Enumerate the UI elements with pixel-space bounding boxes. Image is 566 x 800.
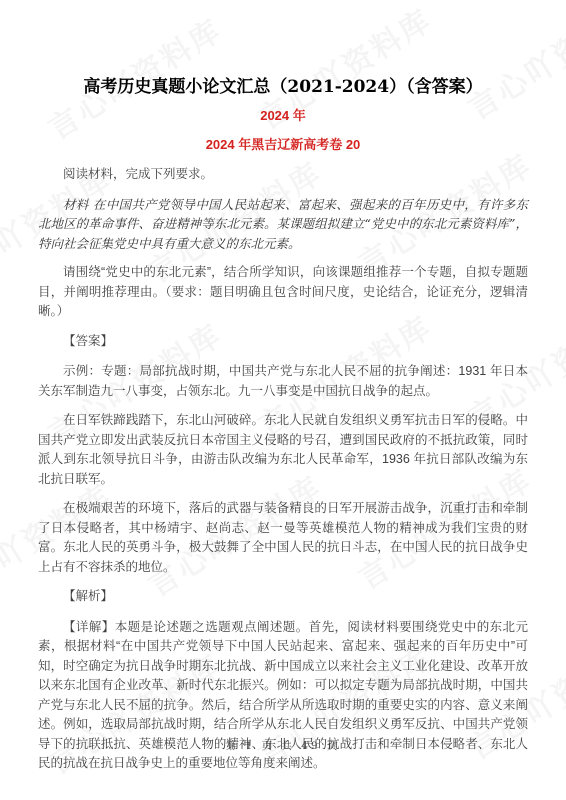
instruction-text: 阅读材料，完成下列要求。 [38,165,528,185]
page-footer: 第 1 页 共 49 页 [0,738,566,753]
document-page: 言心吖资料库 言心吖资料库 言心吖资料库 言心吖资料库 言心吖资料库 言心吖资料… [0,0,566,800]
answer-paragraph: 示例：专题：局部抗战时期，中国共产党与东北人民不屈的抗争阐述：1931 年日本关… [38,362,528,401]
analysis-label: 【解析】 [38,587,528,607]
task-paragraph: 请围绕“党史中的东北元素”，结合所学知识，向该课题组推荐一个专题，自拟专题题目，… [38,263,528,322]
page-title: 高考历史真题小论文汇总（2021-2024）（含答案） [38,76,528,99]
exam-paper-heading: 2024 年黑吉辽新高考卷 20 [38,137,528,153]
material-paragraph: 材料 在中国共产党领导中国人民站起来、富起来、强起来的百年历史中，有许多东北地区… [38,195,528,254]
answer-paragraph: 在日军铁蹄践踏下，东北山河破碎。东北人民就自发组织义勇军抗击日军的侵略。中国共产… [38,411,528,489]
answer-label: 【答案】 [38,332,528,352]
year-heading: 2024 年 [38,108,528,124]
answer-paragraph: 在极端艰苦的环境下，落后的武器与装备精良的日军开展游击战争，沉重打击和牵制了日本… [38,499,528,577]
document-content: 高考历史真题小论文汇总（2021-2024）（含答案） 2024 年 2024 … [38,76,528,784]
